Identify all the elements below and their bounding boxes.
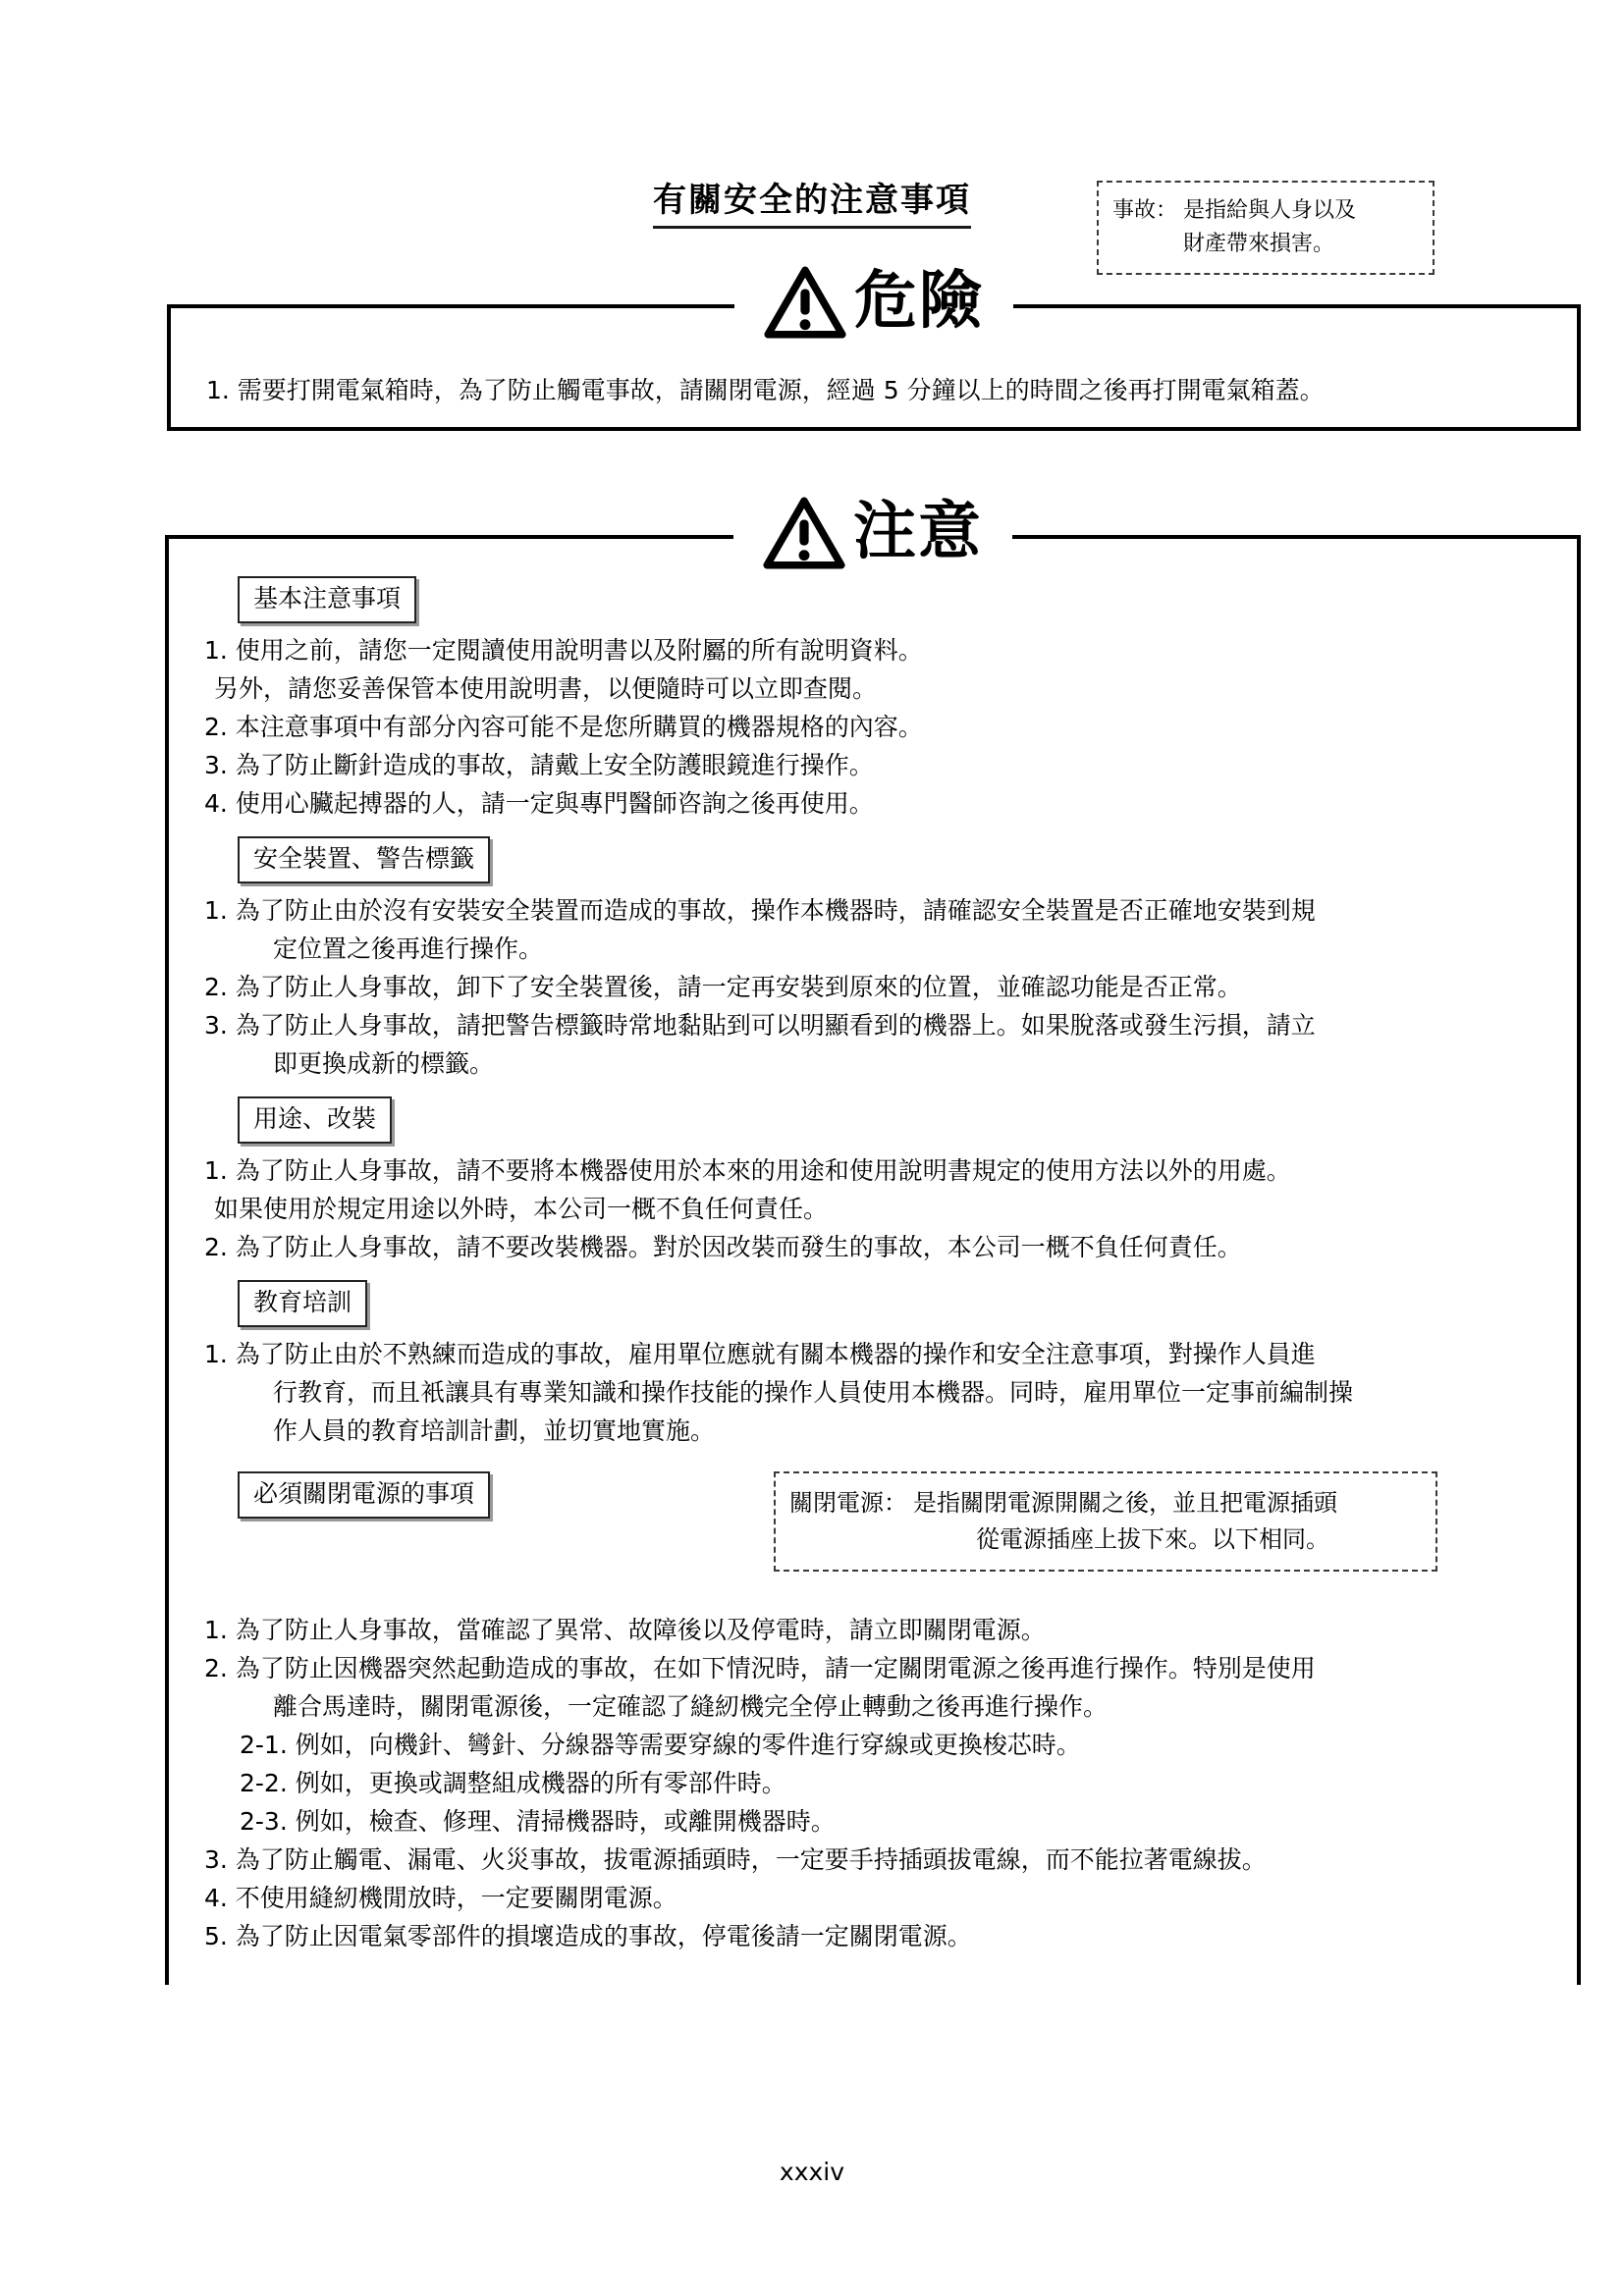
power-off-line-1: 是指關閉電源開關之後，並且把電源插頭 [913, 1485, 1337, 1522]
warning-triangle-icon [764, 264, 846, 341]
text-line: 1. 使用之前，請您一定閱讀使用說明書以及附屬的所有說明資料。 [204, 631, 1547, 669]
text-line: 2-2. 例如，更換或調整組成機器的所有零部件時。 [204, 1764, 1547, 1802]
text-line: 作人員的教育培訓計劃，並切實地實施。 [204, 1412, 1547, 1450]
text-line: 1. 為了防止人身事故，當確認了異常、故障後以及停電時，請立即關閉電源。 [204, 1611, 1547, 1649]
section-header: 教育培訓 [238, 1280, 1547, 1327]
text-line: 如果使用於規定用途以外時，本公司一概不負任何責任。 [204, 1190, 1547, 1228]
caution-heading-text: 注意 [853, 492, 983, 573]
section-header-label: 教育培訓 [238, 1280, 367, 1327]
power-off-line-2: 從電源插座上拔下來。以下相同。 [913, 1522, 1337, 1558]
text-line: 定位置之後再進行操作。 [204, 930, 1547, 968]
text-line: 行教育，而且衹讓具有專業知識和操作技能的操作人員使用本機器。同時，雇用單位一定事… [204, 1373, 1547, 1412]
power-off-items: 1. 為了防止人身事故，當確認了異常、故障後以及停電時，請立即關閉電源。2. 為… [204, 1611, 1547, 1955]
text-line: 3. 為了防止觸電、漏電、火災事故，拔電源插頭時，一定要手持插頭拔電線，而不能拉… [204, 1841, 1547, 1879]
text-line: 1. 為了防止由於沒有安裝安全裝置而造成的事故，操作本機器時，請確認安全裝置是否… [204, 891, 1547, 930]
accident-definition-box: 事故： 是指給與人身以及 財產帶來損害。 [1097, 181, 1435, 275]
page-number: xxxiv [0, 2158, 1624, 2186]
safety-instructions-page: 有關安全的注意事項 事故： 是指給與人身以及 財產帶來損害。 危險 1. 需要打… [0, 0, 1624, 2296]
power-off-section-header: 必須關閉電源的事項 [238, 1471, 490, 1519]
text-line: 4. 使用心臟起搏器的人，請一定與專門醫師咨詢之後再使用。 [204, 784, 1547, 823]
section-header-label: 基本注意事項 [238, 576, 416, 623]
caution-section: 注意 基本注意事項1. 使用之前，請您一定閱讀使用說明書以及附屬的所有說明資料。… [165, 535, 1581, 1985]
warning-triangle-icon [763, 495, 845, 571]
danger-heading-text: 危險 [854, 261, 984, 343]
page-title-text: 有關安全的注意事項 [653, 173, 971, 229]
accident-text: 是指給與人身以及 財產帶來損害。 [1183, 194, 1356, 261]
accident-line-2: 財產帶來損害。 [1183, 228, 1356, 261]
section-header-label: 安全裝置、警告標籤 [238, 836, 490, 883]
text-line: 3. 為了防止斷針造成的事故，請戴上安全防護眼鏡進行操作。 [204, 746, 1547, 784]
section-header: 安全裝置、警告標籤 [238, 836, 1547, 883]
danger-section: 危險 1. 需要打開電氣箱時，為了防止觸電事故，請關閉電源，經過 5 分鐘以上的… [167, 304, 1581, 431]
text-line: 離合馬達時，關閉電源後，一定確認了縫紉機完全停止轉動之後再進行操作。 [204, 1687, 1547, 1726]
danger-heading: 危險 [734, 261, 1013, 343]
caution-main-content: 基本注意事項1. 使用之前，請您一定閱讀使用說明書以及附屬的所有說明資料。另外，… [204, 576, 1547, 1450]
text-line: 2-3. 例如，檢查、修理、清掃機器時，或離開機器時。 [204, 1802, 1547, 1841]
power-off-text: 是指關閉電源開關之後，並且把電源插頭 從電源插座上拔下來。以下相同。 [913, 1485, 1337, 1558]
power-off-header-row: 必須關閉電源的事項 關閉電源： 是指關閉電源開關之後，並且把電源插頭 從電源插座… [204, 1471, 1547, 1572]
text-line: 2. 為了防止人身事故，請不要改裝機器。對於因改裝而發生的事故，本公司一概不負任… [204, 1228, 1547, 1266]
accident-label: 事故： [1112, 194, 1177, 228]
text-line: 2. 為了防止人身事故，卸下了安全裝置後，請一定再安裝到原來的位置，並確認功能是… [204, 968, 1547, 1006]
caution-heading: 注意 [733, 492, 1012, 573]
section-header-label: 用途、改裝 [238, 1096, 392, 1144]
accident-line-1: 是指給與人身以及 [1183, 194, 1356, 228]
power-off-definition-box: 關閉電源： 是指關閉電源開關之後，並且把電源插頭 從電源插座上拔下來。以下相同。 [774, 1471, 1437, 1572]
text-line: 5. 為了防止因電氣零部件的損壞造成的事故，停電後請一定關閉電源。 [204, 1917, 1547, 1955]
section-header: 用途、改裝 [238, 1096, 1547, 1144]
text-line: 2. 本注意事項中有部分內容可能不是您所購買的機器規格的內容。 [204, 708, 1547, 746]
text-line: 即更換成新的標籤。 [204, 1044, 1547, 1083]
power-off-label: 關閉電源： [789, 1485, 907, 1522]
section-header: 基本注意事項 [238, 576, 1547, 623]
text-line: 1. 需要打開電氣箱時，為了防止觸電事故，請關閉電源，經過 5 分鐘以上的時間之… [206, 371, 1547, 409]
text-line: 1. 為了防止人身事故，請不要將本機器使用於本來的用途和使用說明書規定的使用方法… [204, 1151, 1547, 1190]
text-line: 另外，請您妥善保管本使用說明書，以便隨時可以立即查閱。 [204, 669, 1547, 708]
text-line: 1. 為了防止由於不熟練而造成的事故，雇用單位應就有關本機器的操作和安全注意事項… [204, 1335, 1547, 1373]
text-line: 4. 不使用縫紉機閒放時，一定要關閉電源。 [204, 1879, 1547, 1917]
text-line: 2. 為了防止因機器突然起動造成的事故，在如下情況時，請一定關閉電源之後再進行操… [204, 1649, 1547, 1687]
text-line: 3. 為了防止人身事故，請把警告標籤時常地黏貼到可以明顯看到的機器上。如果脫落或… [204, 1006, 1547, 1044]
text-line: 2-1. 例如，向機針、彎針、分線器等需要穿線的零件進行穿線或更換梭芯時。 [204, 1726, 1547, 1764]
danger-items: 1. 需要打開電氣箱時，為了防止觸電事故，請關閉電源，經過 5 分鐘以上的時間之… [206, 371, 1547, 409]
